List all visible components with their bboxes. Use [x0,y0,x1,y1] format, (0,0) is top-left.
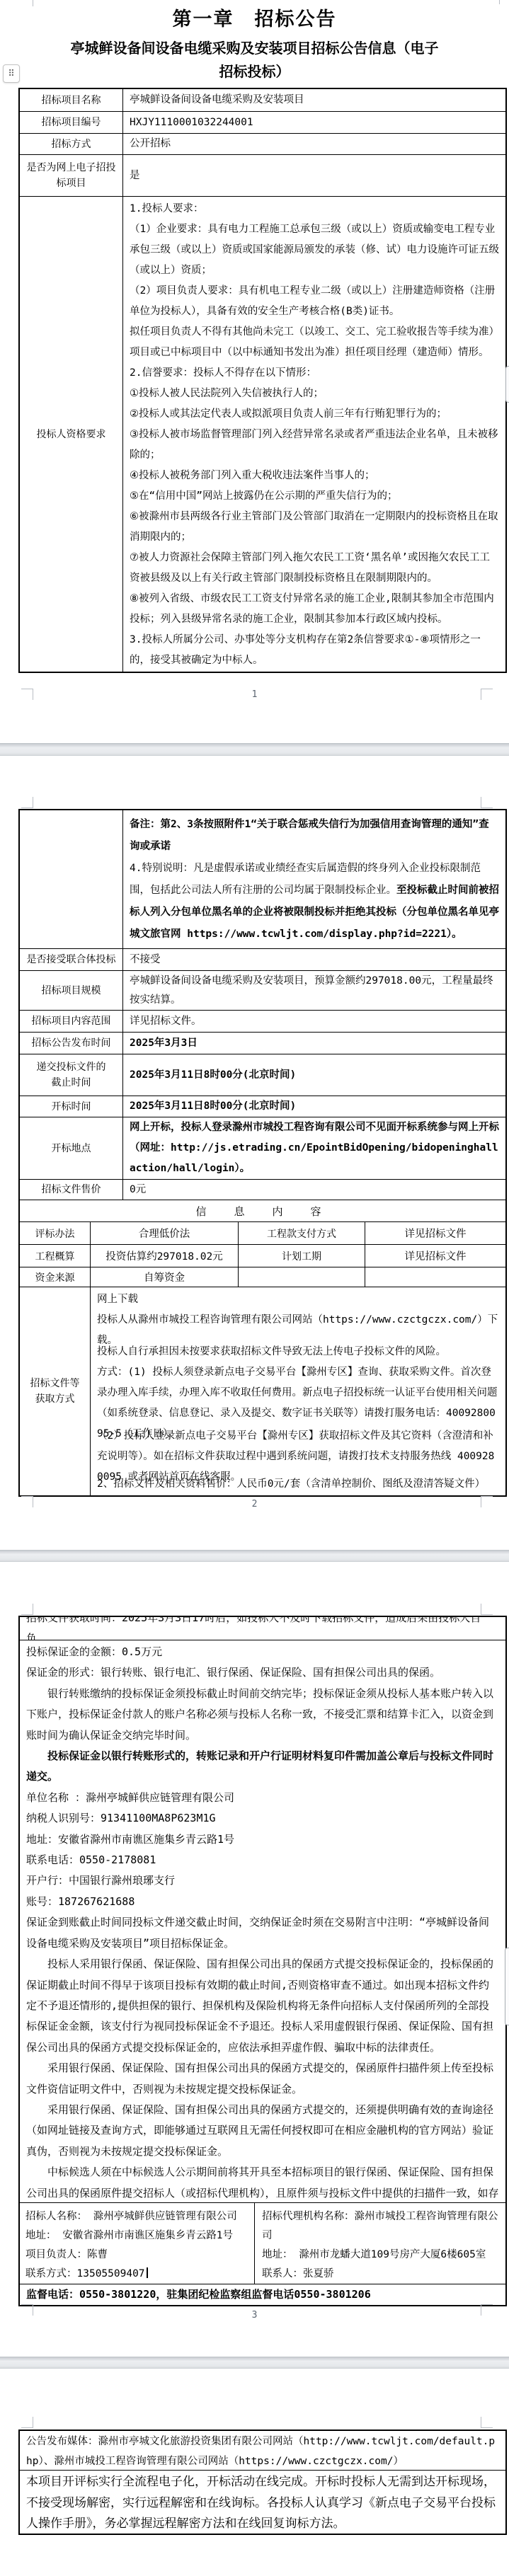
method-value: 公开招标 [123,134,505,154]
doc-paragraph: 开户行：中国银行滁州琅琊支行 [26,1870,499,1891]
margin-tick [33,0,33,6]
fund-label: 资金来源 [20,1267,91,1287]
page-gap [0,743,509,756]
deposit-bold-para: 投标保证金以银行转账形式的，转账记录和开户行证明材料复印件需加盖公章后与投标文件… [26,1746,499,1788]
table-row: 招标公告发布时间 2025年3月3日 [20,1032,505,1054]
page-number-3: 3 [0,2310,509,2321]
consortium-label: 是否接受联合体投标 [20,949,123,970]
qualification-value: 1.投标人要求：（1）企业要求：具有电力工程施工总承包三级（或以上）资质或输变电… [123,197,505,672]
e-bidding-notice-text: 本项目开评标实行全流程电子化，开标活动在线完成。开标时投标人无需到达开标现场，不… [26,2475,496,2531]
tenderer-address: 地址： 安徽省滁州市南谯区施集乡青云路1号 [25,2226,248,2246]
e-bidding-notice-row: 本项目开评标实行全流程电子化，开标活动在线完成。开标时投标人无需到达开标现场，不… [20,2470,505,2534]
doc-paragraph: ③投标人被市场监督管理部门列入经营异常名录或者严重违法企业名单，且未被移除的； [130,425,499,466]
page-gap [0,1550,509,1562]
deposit-paras-after: 单位名称 ：滁州亭城鲜供应链管理有限公司纳税人识别号：91341100MA8P6… [26,1788,499,2202]
table-row: 开标时间 2025年3月11日8时00分(北京时间) [20,1096,505,1117]
table-row: 工程概算 投资估算约297018.02元 计划工期 详见招标文件 [20,1244,505,1267]
page-4[interactable]: 公告发布媒体：滁州市亭城文化旅游投资集团有限公司网站（http://www.tc… [0,2369,509,2576]
doc-paragraph: 采用银行保函、保证保险、国有担保公司出具的保函方式提交的，保函原件扫描件须上传至… [26,2058,499,2100]
estimate-value: 投资估算约297018.02元 [91,1245,239,1267]
note-bold-text: 备注：第2、3条按照附件1“关于联合惩戒失信行为加强信用查询管理的通知”查询或承… [130,814,499,858]
scrollbar-fragment[interactable] [505,366,509,403]
duration-label: 计划工期 [239,1245,365,1267]
margin-corner-mark [21,797,33,808]
table-row: 招标项目规模 亭城鲜设备间设备电缆采购及安装项目，预算金额约297018.00元… [20,970,505,1010]
table-row: 备注：第2、3条按照附件1“关于联合惩戒失信行为加强信用查询管理的通知”查询或承… [20,810,505,948]
doc-paragraph: ⑥被滁州市县两级各行业主管部门及公管部门取消在一定期限内的投标资格且在取消期限内… [130,507,499,548]
doc-paragraph: 地址：安徽省滁州市南谯区施集乡青云路1号 [26,1829,499,1850]
doc-paragraph: 中标候选人须在中标候选人公示期间前将其开具至本招标项目的银行保函、保证保险、国有… [26,2162,499,2202]
payment-value: 详见招标文件 [365,1222,505,1244]
margin-corner-mark [481,1604,493,1615]
table-row: 递交投标文件的 截止时间 2025年3月11日8时00分(北京时间) [20,1054,505,1096]
table-row: 是否接受联合体投标 不接受 [20,948,505,970]
empty-cell [365,1267,505,1287]
margin-corner-mark [481,797,493,808]
doc-paragraph: 投标人自行承担因未按要求获取招标文件导致无法上传电子投标文件的风险。 [97,1342,499,1362]
tenderer-info: 招标人名称： 滁州亭城鲜供应链管理有限公司 地址： 安徽省滁州市南谯区施集乡青云… [20,2203,255,2284]
media-table: 公告发布媒体：滁州市亭城文化旅游投资集团有限公司网站（http://www.tc… [18,2430,507,2535]
agency-contact-person: 联系人：张夏骄 [262,2265,498,2284]
estimate-label: 工程概算 [20,1245,91,1267]
page-1[interactable]: 第一章 招标公告 亭城鲜设备间设备电缆采购及安装项目招标公告信息（电子招标投标）… [0,0,509,743]
scale-value: 亭城鲜设备间设备电缆采购及安装项目，预算金额约297018.00元，工程量最终按… [123,971,505,1010]
doc-paragraph: ④投标人被税务部门列入重大税收违法案件当事人的； [130,466,499,486]
doc-obtain-time-text: 招标文件获取时间：2025年3月3日17时后，如投标人不及时下载招标文件，造成后… [26,1617,499,1640]
agency-info: 招标代理机构名称：滁州市城投工程咨询管理有限公司 地址： 滁州市龙蟠大道109号… [255,2203,505,2284]
doc-paragraph: 银行转账缴纳的投标保证金须投标截止时间前交纳完毕；投标保证金须从投标人基本账户转… [26,1684,499,1746]
margin-corner-mark [481,689,493,700]
publish-time-label: 招标公告发布时间 [20,1033,123,1054]
page-number-2: 2 [0,1499,509,1510]
contacts-row: 招标人名称： 滁州亭城鲜供应链管理有限公司 地址： 安徽省滁州市南谯区施集乡青云… [20,2202,505,2284]
table-row: 是否为网上电子招投 标项目 是 [20,154,505,196]
project-name-value: 亭城鲜设备间设备电缆采购及安装项目 [123,89,505,111]
doc-paragraph: （2）投标人登录新点电子交易平台【滁州专区】获取招标文件及其它资料（含澄清和补充… [97,1426,499,1474]
consortium-value: 不接受 [123,949,505,970]
deposit-detail-row: 投标保证金的金额：0.5万元保证金的形式：银行转账、银行电汇、银行保函、保证保险… [20,1640,505,2202]
doc-paragraph: 投标人从滁州市城投工程咨询管理有限公司网站（https://www.czctgc… [97,1310,499,1342]
info-content-header-row: 信 息 内 容 [20,1200,505,1221]
doc-paragraph: 保证金的形式：银行转账、银行电汇、银行保函、保证保险、国有担保公司出具的保函。 [26,1662,499,1683]
table-row: 招标文件售价 0元 [20,1179,505,1200]
agency-name: 招标代理机构名称：滁州市城投工程咨询管理有限公司 [262,2207,498,2246]
table-row: 评标办法 合理低价法 工程款支付方式 详见招标文件 [20,1221,505,1244]
info-content-header: 信 息 内 容 [20,1200,505,1221]
announce-media-row: 公告发布媒体：滁州市亭城文化旅游投资集团有限公司网站（http://www.tc… [20,2431,505,2470]
table-row: 投标人资格要求 1.投标人要求：（1）企业要求：具有电力工程施工总承包三级（或以… [20,196,505,672]
doc-paragraph: 方式：(1) 投标人须登录新点电子交易平台【滁州专区】查询、获取采购文件。首次登… [97,1362,499,1426]
project-name-label: 招标项目名称 [20,89,123,111]
open-time-label: 开标时间 [20,1096,123,1117]
tenderer-name: 招标人名称： 滁州亭城鲜供应链管理有限公司 [25,2207,248,2226]
margin-corner-mark [21,1496,33,1507]
doc-paragraph: ①投标人被人民法院列入失信被执行人的； [130,384,499,404]
margin-corner-mark [481,2304,493,2316]
margin-tick [499,0,500,4]
deposit-paras-before: 投标保证金的金额：0.5万元保证金的形式：银行转账、银行电汇、银行保函、保证保险… [26,1642,499,1746]
doc-paragraph: ⑧被列入省级、市级农民工工资支付异常名录的施工企业,限制其参加全市范围内投标；列… [130,589,499,630]
obtain-method-value: 网上下载投标人从滁州市城投工程咨询管理有限公司网站（https://www.cz… [91,1287,505,1495]
empty-cell [239,1267,365,1287]
eval-method-label: 评标办法 [20,1222,91,1244]
doc-paragraph: 单位名称 ：滁州亭城鲜供应链管理有限公司 [26,1788,499,1808]
doc-paragraph: 2.信誉要求：投标人不得存在以下情形： [130,363,499,384]
table-row: 招标项目编号 HXJY1110001032244001 [20,111,505,133]
doc-paragraph: 亭城鲜设备间设备电缆采购及安装项目招标公告信息（电子 [0,37,509,60]
empty-label [20,810,123,948]
scope-value: 详见招标文件。 [123,1011,505,1032]
text-cursor [147,2267,148,2278]
doc-price-label: 招标文件售价 [20,1180,123,1200]
doc-paragraph: 拟任项目负责人不得有其他尚未完工（以竣工、交工、完工验收报告等手续为准）项目或已… [130,322,499,363]
doc-obtain-time-row: 招标文件获取时间：2025年3月3日17时后，如投标人不及时下载招标文件，造成后… [20,1617,505,1640]
margin-corner-mark [21,689,33,700]
grip-dots-icon: ⠿ [8,69,15,79]
doc-paragraph: 采用银行保函、保证保险、国有担保公司出具的保函方式提交的，还须提供明确有效的查询… [26,2100,499,2162]
chapter-title: 第一章 招标公告 [0,4,509,31]
doc-paragraph: ⑤在“信用中国”网站上披露仍在公示期的严重失信行为的； [130,486,499,507]
doc-paragraph: 账号：187267621688 [26,1892,499,1912]
margin-corner-mark [481,1496,493,1507]
fund-value: 自筹资金 [91,1267,239,1287]
tender-info-table-page1: 招标项目名称 亭城鲜设备间设备电缆采购及安装项目 招标项目编号 HXJY1110… [18,88,507,673]
margin-corner-mark [21,1604,33,1615]
doc-paragraph: 招标投标） [0,60,509,84]
page-gap [0,2357,509,2369]
doc-paragraph: 3.投标人所属分公司、办事处等分支机构存在第2条信誉要求①-⑧项情形之一的，接受… [130,630,499,671]
announce-media-text: 公告发布媒体：滁州市亭城文化旅游投资集团有限公司网站（http://www.tc… [26,2436,495,2467]
qualification-label: 投标人资格要求 [20,197,123,672]
tenderer-manager: 项目负责人：陈曹 [25,2246,248,2265]
deposit-table: 招标文件获取时间：2025年3月3日17时后，如投标人不及时下载招标文件，造成后… [18,1616,507,2306]
doc-title: 亭城鲜设备间设备电缆采购及安装项目招标公告信息（电子招标投标） [0,37,509,84]
tenderer-contact: 联系方式：13505509407 [25,2265,248,2284]
margin-corner-mark [481,2417,493,2428]
doc-paragraph: 1.投标人要求： [130,199,499,219]
table-drag-handle-icon[interactable]: ⠿ [3,64,20,83]
duration-value: 详见招标文件 [365,1245,505,1267]
scale-label: 招标项目规模 [20,971,123,1010]
doc-paragraph: 网上下载 [97,1289,499,1310]
obtain-method-label: 招标文件等 获取方式 [20,1287,91,1495]
doc-paragraph: ②投标人或其法定代表人或拟派项目负责人前三年有行贿犯罪行为的； [130,404,499,425]
doc-price-value: 0元 [123,1180,505,1200]
doc-paragraph: 保证金到账截止时间同投标文件递交截止时间，交纳保证金时须在交易附言中注明：“亭城… [26,1912,499,1954]
online-label: 是否为网上电子招投 标项目 [20,155,123,196]
special-note: 4.特别说明：凡是虚假承诺或业绩经查实后属造假的终身列入企业投标限制范围，包括此… [130,858,499,945]
margin-corner-mark [21,2417,33,2428]
margin-corner-mark [21,2304,33,2316]
doc-paragraph: 2、招标文件及相关资料售价：人民币0元/套（含清单控制价、图纸及澄清答疑文件） [97,1474,499,1495]
project-no-value: HXJY1110001032244001 [123,112,505,133]
doc-paragraph: 联系电话：0550-2178081 [26,1850,499,1870]
method-label: 招标方式 [20,134,123,154]
open-time-value: 2025年3月11日8时00分(北京时间) [123,1096,505,1117]
table-row: 招标文件等 获取方式 网上下载投标人从滁州市城投工程咨询管理有限公司网站（htt… [20,1287,505,1495]
page-3[interactable]: 招标文件获取时间：2025年3月3日17时后，如投标人不及时下载招标文件，造成后… [0,1562,509,2357]
scope-label: 招标项目内容范围 [20,1011,123,1032]
doc-paragraph: （1）企业要求：具有电力工程施工总承包三级（或以上）资质或输变电工程专业承包三级… [130,219,499,281]
doc-paragraph: （2）项目负责人要求：具有机电工程专业二级（或以上）注册建造师资格（注册单位为投… [130,281,499,322]
open-place-value: 网上开标，投标人登录滁州市城投工程咨询有限公司不见面开标系统参与网上开标（网址：… [123,1117,505,1179]
eval-method-value: 合理低价法 [91,1222,239,1244]
project-no-label: 招标项目编号 [20,112,123,133]
payment-label: 工程款支付方式 [239,1222,365,1244]
open-place-label: 开标地点 [20,1117,123,1179]
supervise-phone-row: 监督电话：0550-3801220，驻集团纪检监察组监督电话0550-38012… [20,2284,505,2305]
qualification-note-cell: 备注：第2、3条按照附件1“关于联合惩戒失信行为加强信用查询管理的通知”查询或承… [123,810,505,948]
doc-paragraph: ⑦被人力资源社会保障主管部门列入拖欠农民工工资‘黑名单’或因拖欠农民工工资被县级… [130,548,499,589]
supervise-phone-text: 监督电话：0550-3801220，驻集团纪检监察组监督电话0550-38012… [26,2284,371,2305]
table-row: 招标项目内容范围 详见招标文件。 [20,1010,505,1032]
online-value: 是 [123,155,505,196]
publish-time-value: 2025年3月3日 [123,1033,505,1054]
page-number-1: 1 [0,689,509,700]
agency-address: 地址： 滁州市龙蟠大道109号房产大厦6楼605室 [262,2246,498,2265]
deadline-label: 递交投标文件的 截止时间 [20,1054,123,1096]
tender-info-table-page2: 备注：第2、3条按照附件1“关于联合惩戒失信行为加强信用查询管理的通知”查询或承… [18,809,507,1497]
doc-paragraph: 投标人采用银行保函、保证保险、国有担保公司出具的保函方式提交投标保证金的，投标保… [26,1954,499,2058]
table-row: 资金来源 自筹资金 [20,1267,505,1287]
scrollbar-fragment[interactable] [505,1948,509,2025]
table-row: 开标地点 网上开标，投标人登录滁州市城投工程咨询有限公司不见面开标系统参与网上开… [20,1117,505,1179]
deadline-value: 2025年3月11日8时00分(北京时间) [123,1054,505,1096]
table-row: 招标项目名称 亭城鲜设备间设备电缆采购及安装项目 [20,89,505,111]
doc-paragraph: 纳税人识别号：91341100MA8P623M1G [26,1808,499,1829]
table-row: 招标方式 公开招标 [20,133,505,154]
page-2[interactable]: 备注：第2、3条按照附件1“关于联合惩戒失信行为加强信用查询管理的通知”查询或承… [0,756,509,1550]
doc-paragraph: 投标保证金的金额：0.5万元 [26,1642,499,1662]
